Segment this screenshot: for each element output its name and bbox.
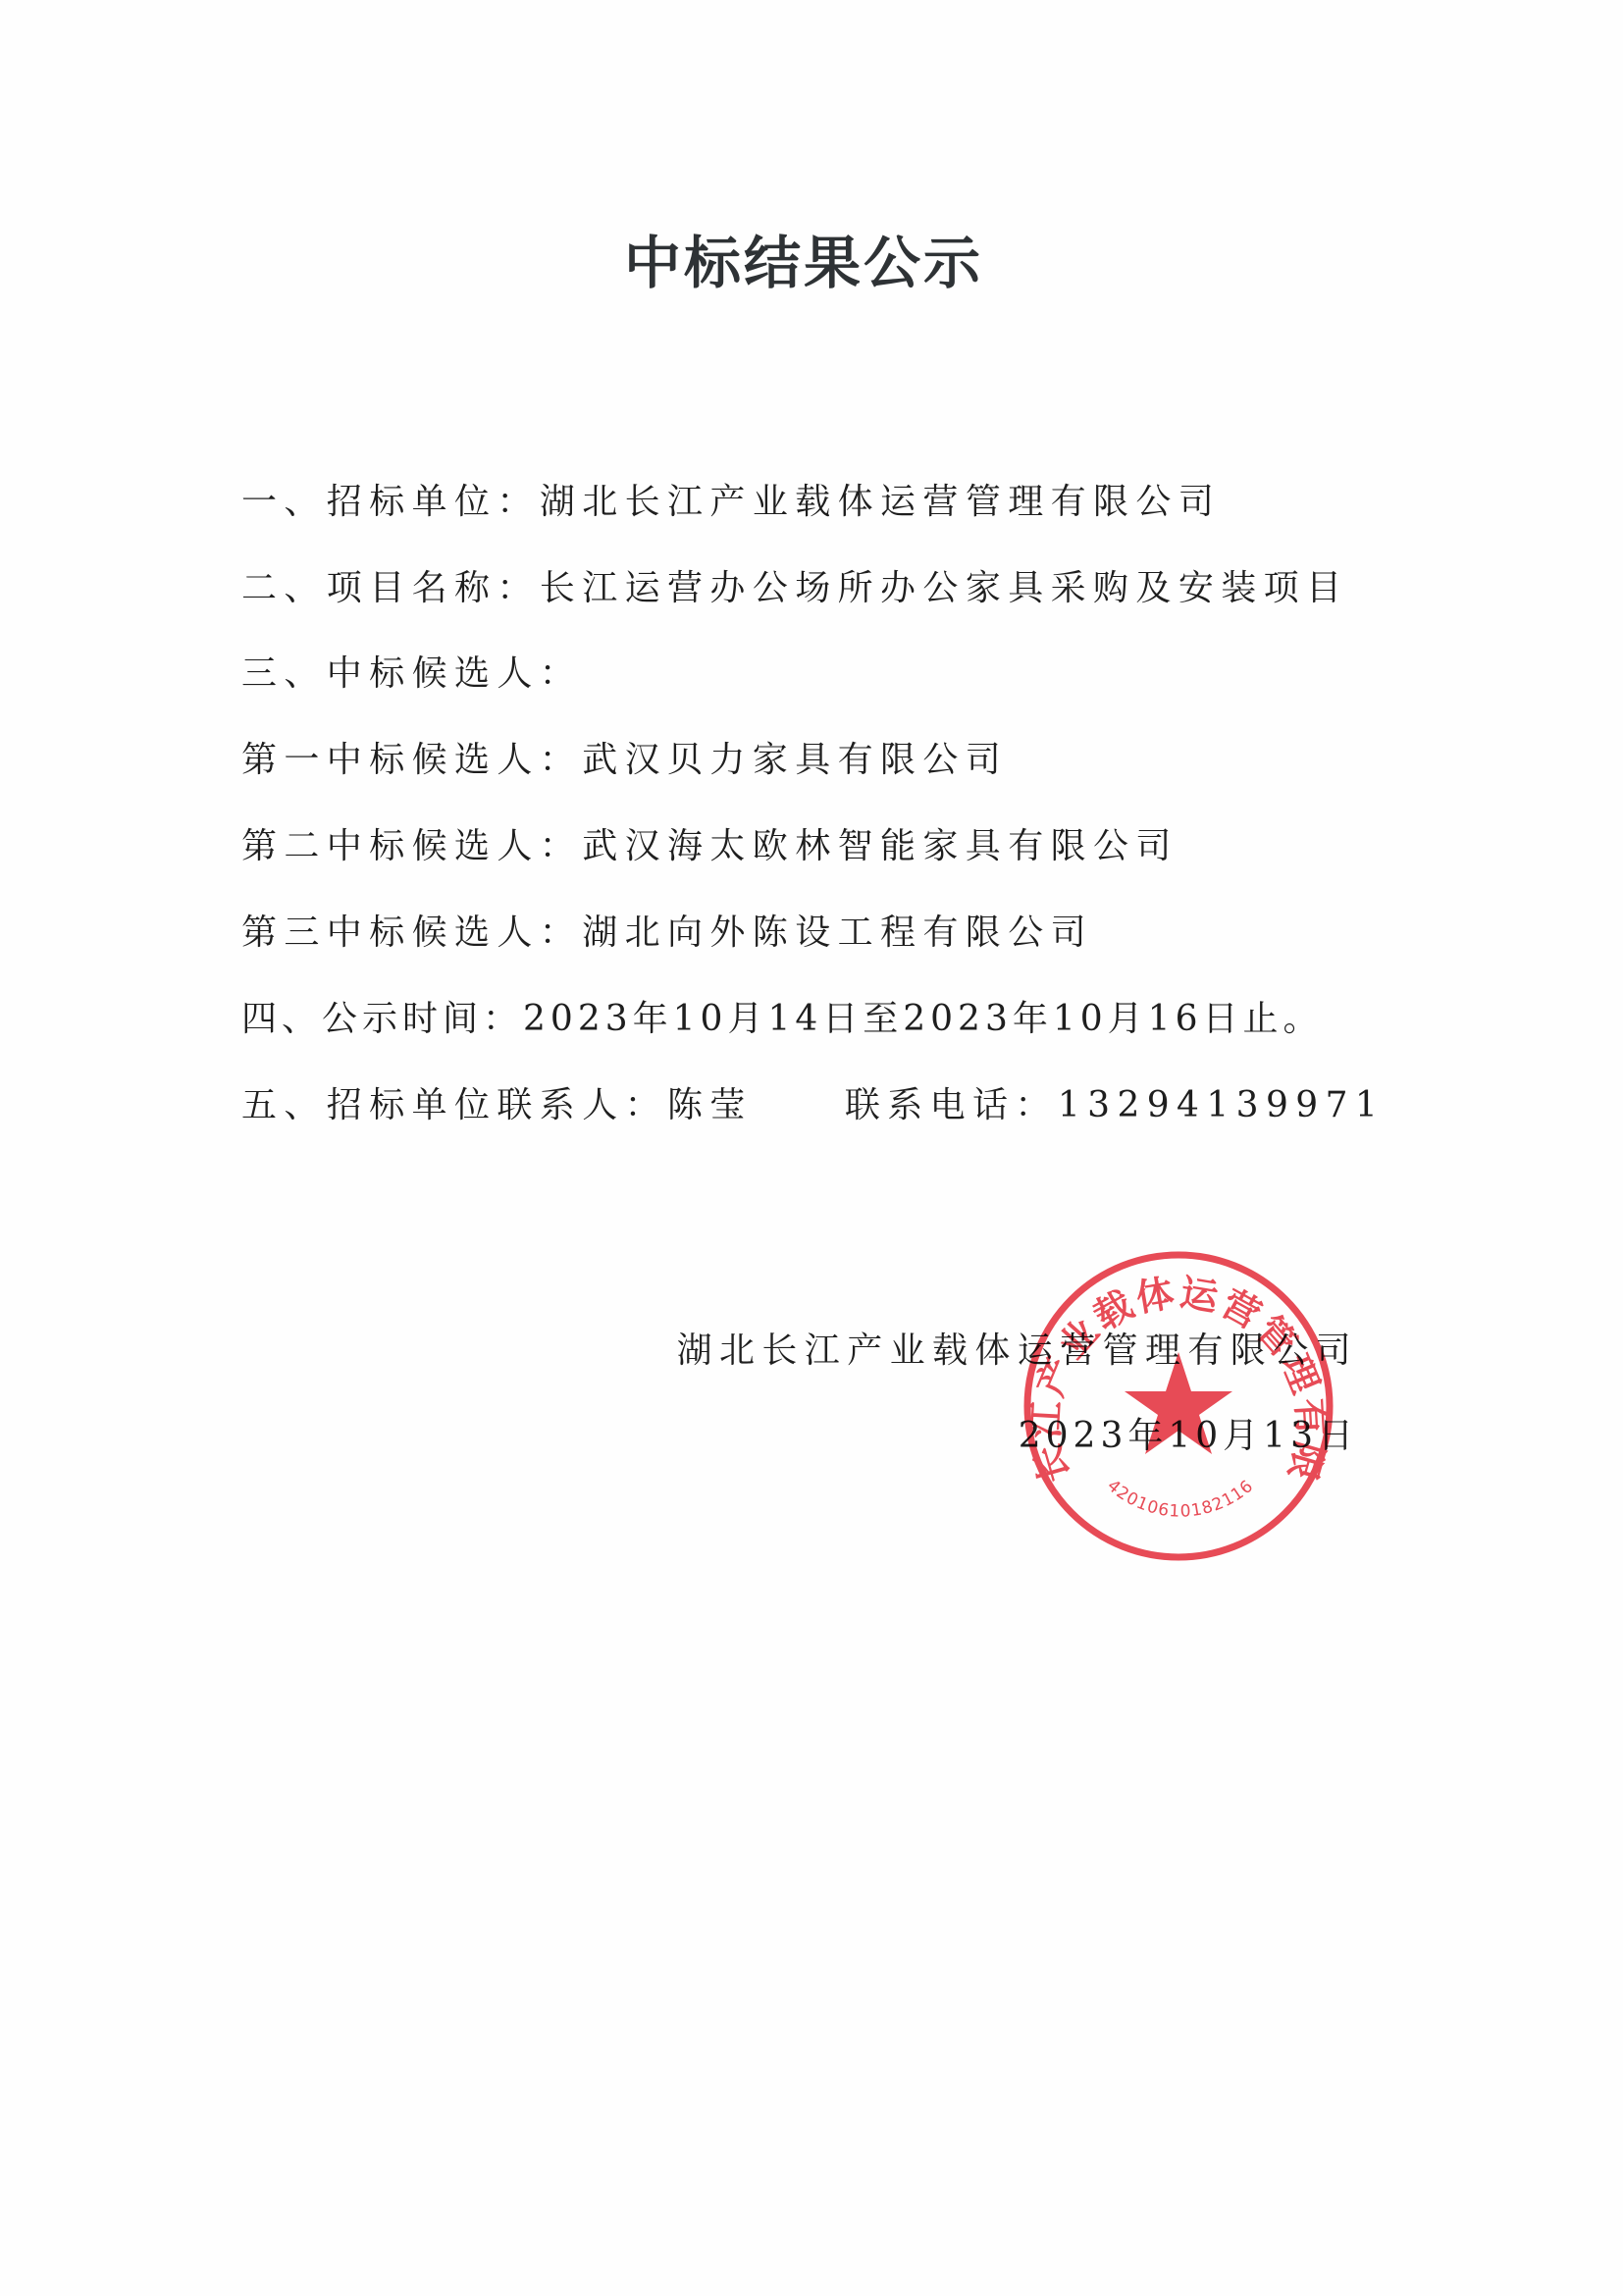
- contact-name: 陈莹: [667, 1082, 753, 1129]
- document-page: 中标结果公示 一、招标单位：湖北长江产业载体运营管理有限公司 二、项目名称：长江…: [0, 0, 1623, 2296]
- svg-text:42010610182116: 42010610182116: [1103, 1476, 1257, 1521]
- second-candidate-label: 第二中标候选人：: [241, 823, 582, 870]
- second-candidate-value: 武汉海太欧林智能家具有限公司: [582, 823, 1178, 870]
- project-name-line: 二、项目名称：长江运营办公场所办公家具采购及安装项目: [241, 565, 1348, 612]
- third-candidate-line: 第三中标候选人：湖北向外陈设工程有限公司: [241, 910, 1093, 957]
- publicity-period-label: 四、公示时间：: [241, 996, 523, 1043]
- contact-phone: 13294139971: [1058, 1082, 1385, 1129]
- tender-unit-line: 一、招标单位：湖北长江产业载体运营管理有限公司: [241, 479, 1221, 526]
- first-candidate-label: 第一中标候选人：: [241, 737, 582, 784]
- tender-unit-label: 一、招标单位：: [241, 479, 540, 526]
- candidates-heading-line: 三、中标候选人：: [241, 651, 582, 698]
- first-candidate-line: 第一中标候选人：武汉贝力家具有限公司: [241, 737, 1008, 784]
- project-name-label: 二、项目名称：: [241, 565, 540, 612]
- first-candidate-value: 武汉贝力家具有限公司: [582, 737, 1008, 784]
- candidates-heading-label: 三、中标候选人：: [241, 651, 582, 698]
- official-seal-icon: 湖北长江产业载体运营管理有限公司 42010610182116: [1021, 1248, 1336, 1564]
- third-candidate-label: 第三中标候选人：: [241, 910, 582, 957]
- document-title: 中标结果公示: [624, 226, 997, 300]
- contact-label: 五、招标单位联系人：: [241, 1082, 667, 1129]
- seal-code-text: 42010610182116: [1103, 1476, 1257, 1521]
- publicity-period-line: 四、公示时间：2023年10月14日至2023年10月16日止。: [241, 996, 1324, 1043]
- publicity-period-value: 2023年10月14日至2023年10月16日止。: [523, 996, 1323, 1043]
- third-candidate-value: 湖北向外陈设工程有限公司: [582, 910, 1093, 957]
- tender-unit-value: 湖北长江产业载体运营管理有限公司: [540, 479, 1221, 526]
- contact-phone-label: 联系电话：: [845, 1082, 1058, 1129]
- contact-line: 五、招标单位联系人：陈莹联系电话：13294139971: [241, 1082, 1385, 1129]
- project-name-value: 长江运营办公场所办公家具采购及安装项目: [540, 565, 1349, 612]
- seal-star-icon: [1125, 1352, 1232, 1454]
- second-candidate-line: 第二中标候选人：武汉海太欧林智能家具有限公司: [241, 823, 1178, 870]
